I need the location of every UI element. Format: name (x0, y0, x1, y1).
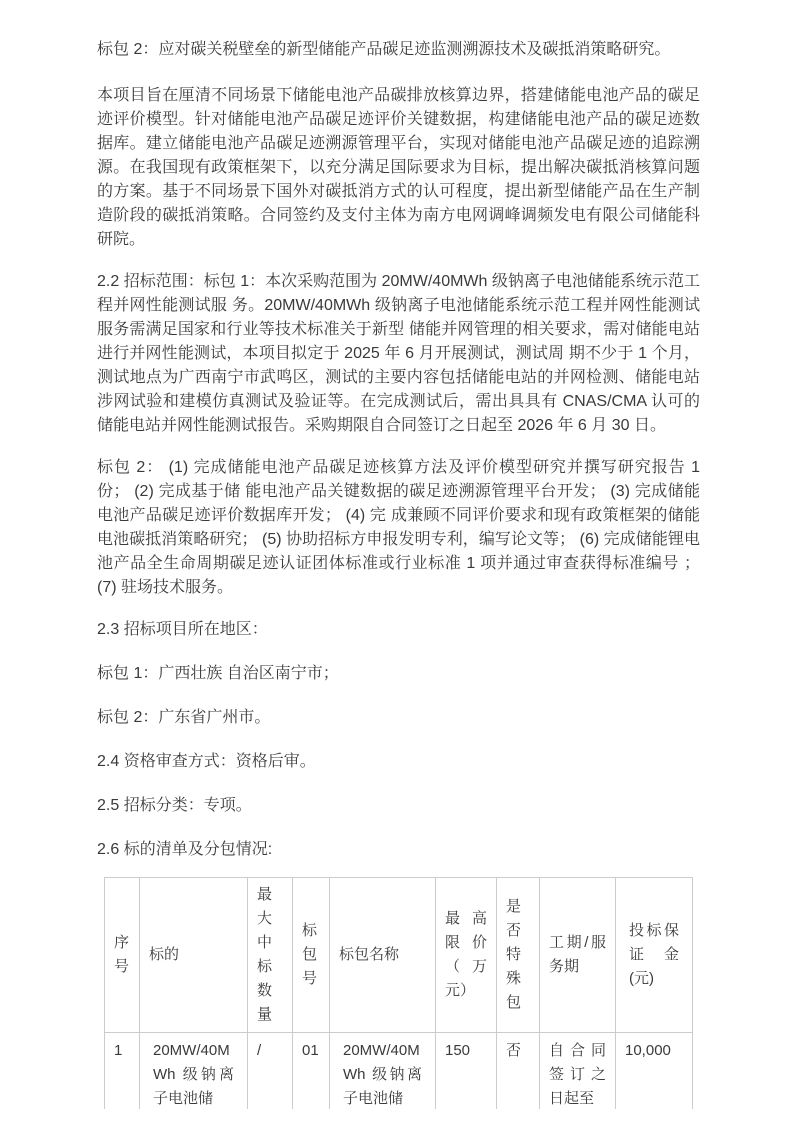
col-header-special-package: 是否特殊包 (497, 878, 540, 1033)
section-2-3-region-heading: 2.3 招标项目所在地区： (97, 618, 700, 642)
lots-table-row-1: 1 20MW/40MWh 级钠离子电池储 / 01 20MW/40MWh 级钠离… (105, 1033, 693, 1110)
section-2-5-category-line: 2.5 招标分类：专项。 (97, 794, 700, 818)
col-header-subject: 标的 (140, 878, 248, 1033)
cell-subject: 20MW/40MWh 级钠离子电池储 (140, 1033, 248, 1110)
package2-title-line: 标包 2：应对碳关税壁垒的新型储能产品碳足迹监测溯源技术及碳抵消策略研究。 (97, 38, 700, 62)
section-2-6-lots-heading: 2.6 标的清单及分包情况: (97, 838, 700, 862)
project-overview-paragraph: 本项目旨在厘清不同场景下储能电池产品碳排放核算边界，搭建储能电池产品的碳足迹评价… (97, 84, 700, 252)
col-header-bid-bond: 投标保证金(元) (616, 878, 693, 1033)
lots-table-header-row: 序号 标的 最大中标数量 标包号 标包名称 最高限价（万元） 是否特殊包 工期/… (105, 878, 693, 1033)
col-header-max-award-qty: 最大中标数量 (248, 878, 293, 1033)
region-package1-line: 标包 1：广西壮族 自治区南宁市； (97, 662, 700, 686)
cell-package-no: 01 (293, 1033, 330, 1110)
col-header-sequence-no: 序号 (105, 878, 140, 1033)
cell-special-package: 否 (497, 1033, 540, 1110)
section-2-4-qualification-line: 2.4 资格审查方式：资格后审。 (97, 750, 700, 774)
lots-table-clipped-region: 序号 标的 最大中标数量 标包号 标包名称 最高限价（万元） 是否特殊包 工期/… (104, 877, 700, 1109)
cell-sequence-no: 1 (105, 1033, 140, 1110)
section-2-2-bid-scope-paragraph: 2.2 招标范围：标包 1：本次采购范围为 20MW/40MWh 级钠离子电池储… (97, 270, 700, 438)
cell-bid-bond: 10,000 (616, 1033, 693, 1110)
tender-document-page: 标包 2：应对碳关税壁垒的新型储能产品碳足迹监测溯源技术及碳抵消策略研究。 本项… (0, 0, 793, 1122)
lots-table: 序号 标的 最大中标数量 标包号 标包名称 最高限价（万元） 是否特殊包 工期/… (104, 877, 693, 1109)
col-header-package-no: 标包号 (293, 878, 330, 1033)
region-package2-line: 标包 2：广东省广州市。 (97, 706, 700, 730)
cell-max-award-qty: / (248, 1033, 293, 1110)
cell-price-ceiling: 150 (436, 1033, 497, 1110)
package2-tasks-paragraph: 标包 2： (1) 完成储能电池产品碳足迹核算方法及评价模型研究并撰写研究报告 … (97, 456, 700, 600)
col-header-price-ceiling: 最高限价（万元） (436, 878, 497, 1033)
col-header-service-period: 工期/服务期 (540, 878, 616, 1033)
col-header-package-name: 标包名称 (330, 878, 436, 1033)
cell-service-period: 自合同签订之日起至 (540, 1033, 616, 1110)
cell-package-name: 20MW/40MWh 级钠离子电池储 (330, 1033, 436, 1110)
